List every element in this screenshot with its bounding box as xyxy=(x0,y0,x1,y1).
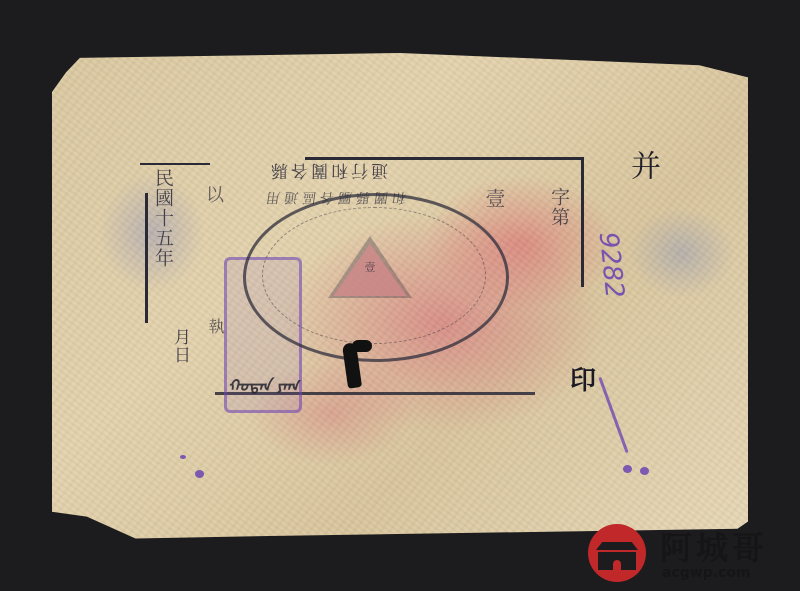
issuer-title: 通行和闐各縣 xyxy=(268,160,388,185)
value-character: 壹 xyxy=(480,188,509,209)
issuer-arc-text: 和闐縣屬各區通用 xyxy=(261,188,408,208)
serial-label: 字第 xyxy=(546,187,573,227)
purple-ink-dot xyxy=(180,455,186,459)
watermark-url: acgwp.com xyxy=(662,565,751,581)
purple-ink-dot xyxy=(623,465,632,473)
purple-ink-dot xyxy=(195,470,204,478)
date-column: 民國十五年 xyxy=(150,168,177,268)
banknote-photo: 壹 通行和闐各縣 和闐縣屬各區通用 民國十五年 月日 以 執 字第 壹 并 ᠬᠣ… xyxy=(0,0,800,591)
triangle-text: 壹 xyxy=(356,262,384,273)
watermark-logo: 阿城哥 acgwp.com xyxy=(582,520,800,591)
logo-roof-icon xyxy=(596,542,638,550)
dark-seal-mark: 印 xyxy=(570,360,596,397)
left-mark: 以 xyxy=(200,185,226,204)
left-mark-lower: 執 xyxy=(204,318,227,335)
prefix-character: 并 xyxy=(620,150,664,181)
date-tail: 月日 xyxy=(168,328,193,364)
bottom-script-text: ᠬᠣᠲᠠᠨ ᠶᠠᠭ xyxy=(228,368,298,396)
purple-ink-dot xyxy=(640,467,649,475)
frame-line-left-top xyxy=(140,163,210,165)
logo-gate-icon xyxy=(613,560,621,570)
frame-line-right xyxy=(581,157,584,287)
frame-line-left xyxy=(145,193,148,323)
watermark-name: 阿城哥 xyxy=(660,523,768,569)
